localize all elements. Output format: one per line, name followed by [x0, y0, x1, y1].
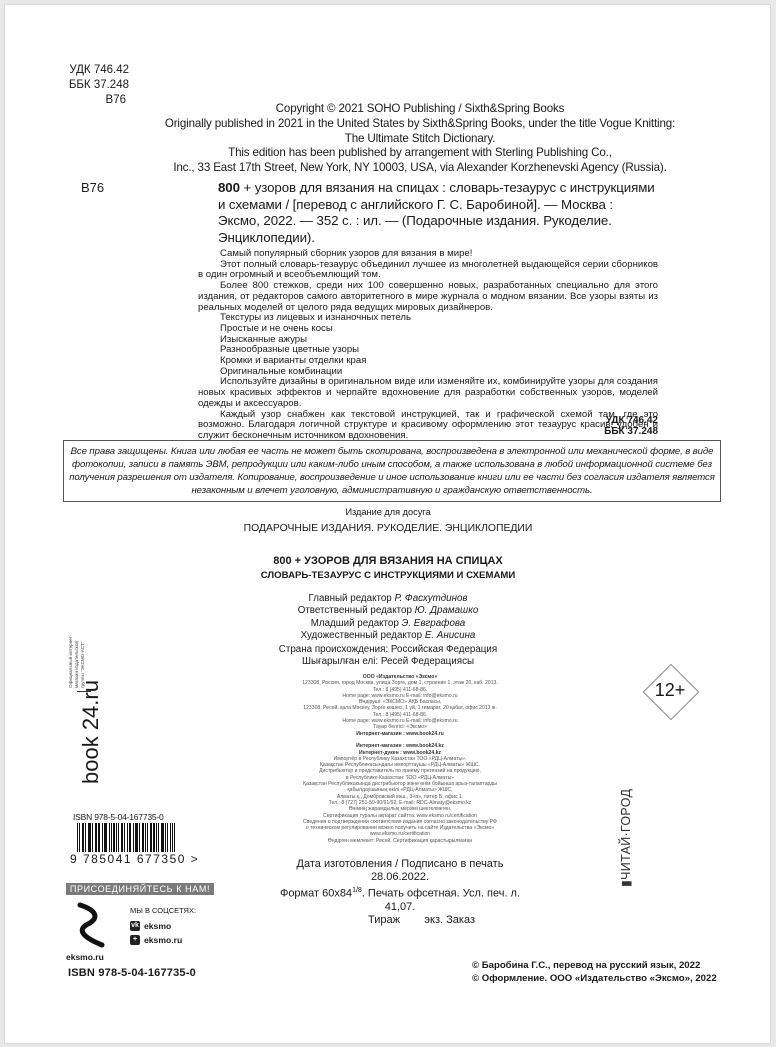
join-us-banner: ПРИСОЕДИНЯЙТЕСЬ К НАМ! [66, 883, 214, 895]
editor-line: Главный редактор Р. Фасхутдинов [0, 593, 776, 605]
udk-code: УДК 746.42 [65, 63, 129, 78]
barcode-isbn-label: ISBN 978-5-04-167735-0 [73, 812, 164, 822]
chitai-gorod-logo: ▮ЧИТАЙ·ГОРОД [618, 717, 633, 887]
annotation-udk: УДК 746.42 [560, 415, 658, 426]
annotation: Самый популярный сборник узоров для вяза… [198, 249, 658, 442]
eksmo-logo-icon [74, 902, 108, 948]
copyright-line: Originally published in 2021 in the Unit… [60, 117, 776, 132]
publisher-line-bold: Интернет-магазин : www.book24.ru [356, 731, 443, 737]
print-info: Дата изготовления / Подписано в печать 2… [270, 858, 530, 927]
copyright-line: The Ultimate Stitch Dictionary. [60, 132, 776, 147]
editor-name: Р. Фасхутдинов [394, 593, 467, 604]
editor-name: Э. Евграфова [402, 618, 466, 629]
barcode-digits: 9 785041 677350 > [69, 852, 200, 866]
social-link-label: eksmo.ru [144, 935, 182, 945]
annotation-paragraph: Более 800 стежков, среди них 100 соверше… [198, 281, 658, 313]
editor-role: Младший редактор [311, 618, 402, 629]
book24-logo: book 24.ru [78, 680, 104, 784]
editor-role: Главный редактор [308, 593, 394, 604]
annotation-paragraph: Используйте дизайны в оригинальном виде … [198, 377, 658, 409]
editor-name: Е. Анисина [425, 630, 476, 641]
annotation-paragraph: Этот полный словарь-тезаурус объединил л… [198, 260, 658, 281]
original-copyright: Copyright © 2021 SOHO Publishing / Sixth… [60, 102, 776, 176]
age-rating: 12+ [636, 680, 704, 701]
design-copyright: © Оформление. ООО «Издательство «Эксмо»,… [472, 972, 717, 985]
isbn: ISBN 978-5-04-167735-0 [68, 967, 196, 979]
bbk-code: ББК 37.248 [65, 78, 129, 93]
publisher-line-bold: Интернет-магазин : www.book24.kz [356, 743, 444, 749]
annotation-bbk: ББК 37.248 [560, 426, 658, 437]
rights-notice: Все права защищены. Книга или любая ее ч… [63, 440, 721, 502]
publisher-line-bold: ООО «Издательство «Эксмо» [363, 674, 437, 680]
copyright-line: Copyright © 2021 SOHO Publishing / Sixth… [60, 102, 776, 117]
copyright-line: This edition has been published by arran… [60, 146, 776, 161]
biblio-author-mark: В76 [81, 180, 104, 195]
country-of-origin: Страна происхождения: Российская Федерац… [0, 644, 776, 669]
translation-copyright: © Баробина Г.С., перевод на русский язык… [472, 959, 717, 972]
biblio-description: + узоров для вязания на спицах : словарь… [218, 180, 655, 245]
print-date: Дата изготовления / Подписано в печать 2… [270, 858, 530, 884]
editor-name: Ю. Драмашко [415, 605, 479, 616]
publisher-details: ООО «Издательство «Эксмо»123308, Россия,… [250, 674, 550, 844]
social-link-label: eksmo [144, 921, 171, 931]
biblio-title-number: 800 [218, 180, 240, 195]
book-title: 800 + УЗОРОВ ДЛЯ ВЯЗАНИЯ НА СПИЦАХ [0, 555, 776, 567]
russian-copyright: © Баробина Г.С., перевод на русский язык… [472, 959, 717, 985]
editor-role: Ответственный редактор [298, 605, 415, 616]
bibliographic-record: 800 + узоров для вязания на спицах : сло… [218, 180, 656, 246]
print-format: Формат 60x841/8. Печать офсетная. Усл. п… [270, 884, 530, 914]
editor-line: Младший редактор Э. Евграфова [0, 618, 776, 630]
print-run: Тираж экз. Заказ [270, 914, 530, 927]
editor-role: Художественный редактор [301, 630, 425, 641]
publisher-line-bold: Интернет-дүкен : www.book24.kz [359, 750, 441, 756]
vk-icon: vk [130, 921, 140, 931]
book-subtitle: СЛОВАРЬ-ТЕЗАУРУС С ИНСТРУКЦИЯМИ И СХЕМАМ… [0, 570, 776, 581]
origin-ru: Страна происхождения: Российская Федерац… [0, 644, 776, 656]
edition-type: Издание для досуга [0, 507, 776, 517]
social-link-site[interactable]: + eksmo.ru [130, 935, 182, 945]
eksmo-logo-label: eksmo.ru [66, 952, 104, 962]
editor-line: Художественный редактор Е. Анисина [0, 630, 776, 642]
copyright-line: Inc., 33 East 17th Street, New York, NY … [60, 161, 776, 176]
origin-kz: Шығарылған елі: Ресей Федерациясы [0, 656, 776, 668]
social-link-vk[interactable]: vk eksmo [130, 921, 171, 931]
social-heading: МЫ В СОЦСЕТЯХ: [130, 906, 196, 915]
series-name: ПОДАРОЧНЫЕ ИЗДАНИЯ. РУКОДЕЛИЕ. ЭНЦИКЛОПЕ… [0, 523, 776, 534]
publisher-line: Өндірген мемлекет: Ресей. Сертификация қ… [250, 838, 550, 844]
annotation-codes: УДК 746.42 ББК 37.248 [560, 415, 658, 437]
editor-line: Ответственный редактор Ю. Драмашко [0, 605, 776, 617]
book24-note: Официальный интернет-магазин издательско… [68, 628, 85, 688]
editors-list: Главный редактор Р. ФасхутдиновОтветстве… [0, 593, 776, 643]
plus-icon: + [130, 935, 140, 945]
